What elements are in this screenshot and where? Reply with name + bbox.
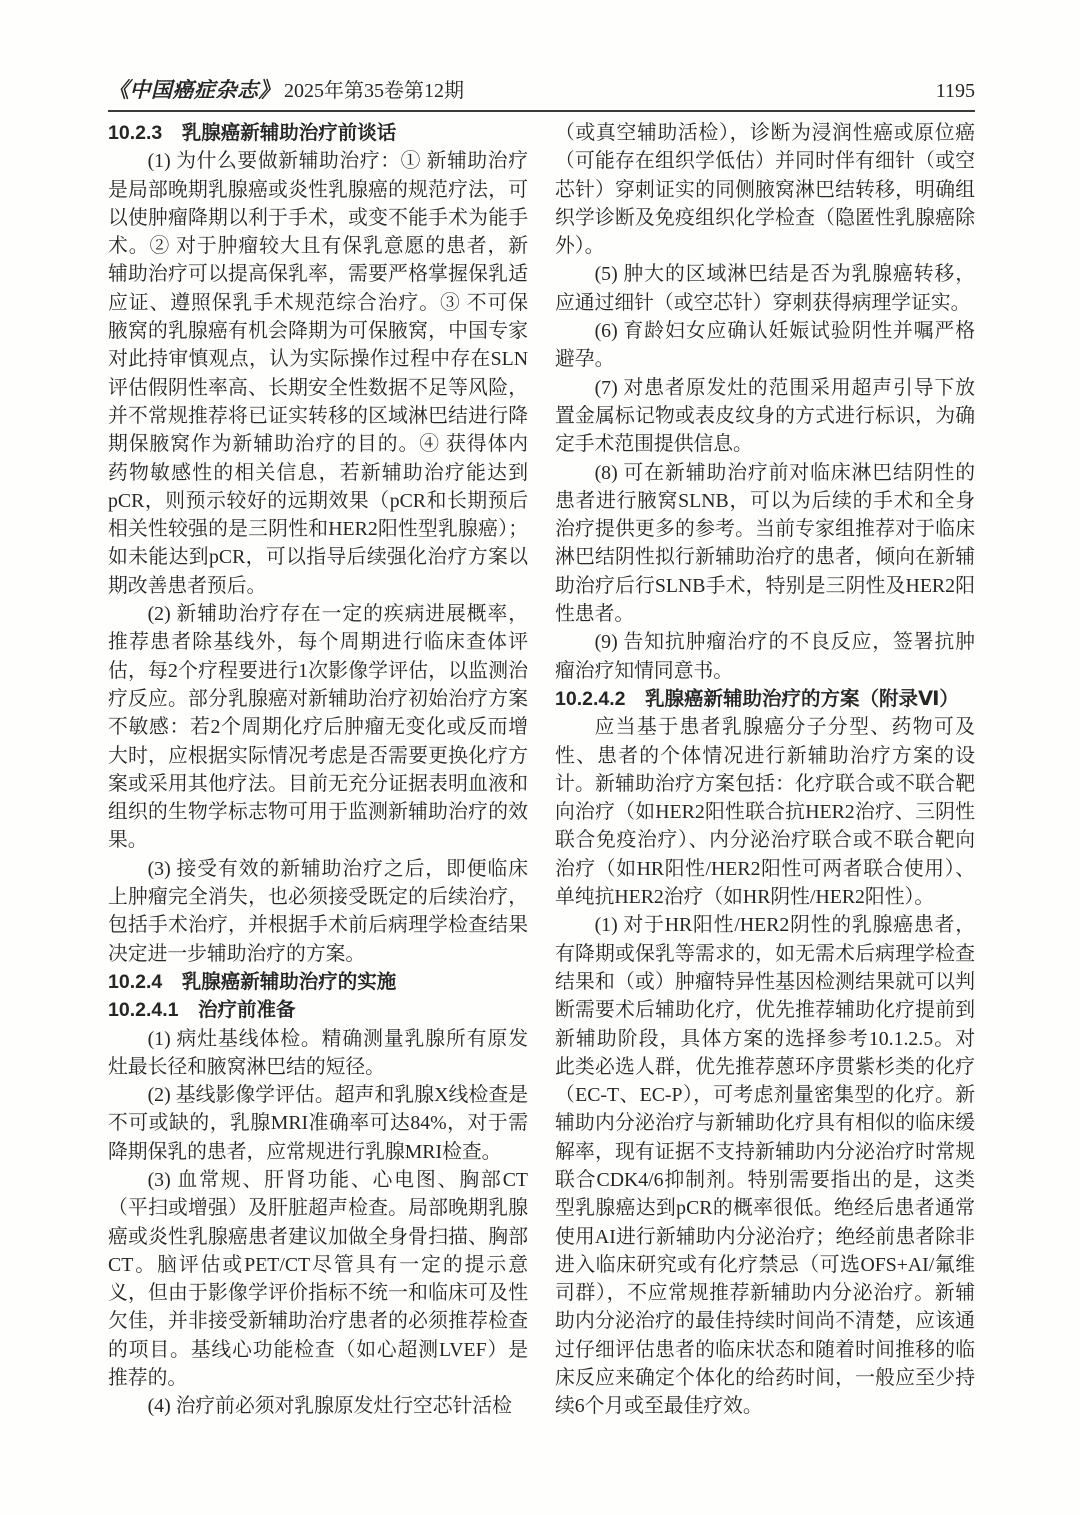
paragraph: (9) 告知抗肿瘤治疗的不良反应，签署抗肿瘤治疗知情同意书。	[555, 628, 975, 685]
left-column: 10.2.3 乳腺癌新辅助治疗前谈话(1) 为什么要做新辅助治疗：① 新辅助治疗…	[108, 119, 528, 1421]
journal-page: 《中国癌症杂志》 2025年第35卷第12期 1195 10.2.3 乳腺癌新辅…	[0, 0, 1080, 1515]
paragraph: (1) 病灶基线体检。精确测量乳腺所有原发灶最长径和腋窝淋巴结的短径。	[108, 1025, 528, 1082]
paragraph: (3) 血常规、肝肾功能、心电图、胸部CT（平扫或增强）及肝脏超声检查。局部晚期…	[108, 1166, 528, 1392]
section-heading: 10.2.3 乳腺癌新辅助治疗前谈话	[108, 119, 528, 147]
page-header: 《中国癌症杂志》 2025年第35卷第12期 1195	[108, 78, 975, 103]
paragraph: (4) 治疗前必须对乳腺原发灶行空芯针活检	[108, 1392, 528, 1420]
header-rule	[108, 110, 975, 112]
paragraph: (2) 新辅助治疗存在一定的疾病进展概率，推荐患者除基线外，每个周期进行临床查体…	[108, 600, 528, 855]
page-number: 1195	[936, 79, 975, 103]
right-column: （或真空辅助活检），诊断为浸润性癌或原位癌（可能存在组织学低估）并同时伴有细针（…	[555, 119, 975, 1421]
paragraph: (7) 对患者原发灶的范围采用超声引导下放置金属标记物或表皮纹身的方式进行标识，…	[555, 374, 975, 459]
paragraph: (6) 育龄妇女应确认妊娠试验阴性并嘱严格避孕。	[555, 317, 975, 374]
journal-logo: 《中国癌症杂志》	[108, 78, 280, 102]
section-heading: 10.2.4.2 乳腺癌新辅助治疗的方案（附录Ⅵ）	[555, 685, 975, 713]
section-heading: 10.2.4.1 治疗前准备	[108, 996, 528, 1024]
issue-info: 2025年第35卷第12期	[284, 79, 464, 103]
paragraph: (1) 对于HR阳性/HER2阴性的乳腺癌患者，有降期或保乳等需求的，如无需术后…	[555, 911, 975, 1420]
section-heading: 10.2.4 乳腺癌新辅助治疗的实施	[108, 968, 528, 996]
paragraph: 应当基于患者乳腺癌分子分型、药物可及性、患者的个体情况进行新辅助治疗方案的设计。…	[555, 713, 975, 911]
paragraph: (2) 基线影像学评估。超声和乳腺X线检查是不可或缺的，乳腺MRI准确率可达84…	[108, 1081, 528, 1166]
paragraph: (5) 肿大的区域淋巴结是否为乳腺癌转移，应通过细针（或空芯针）穿刺获得病理学证…	[555, 260, 975, 317]
paragraph: (3) 接受有效的新辅助治疗之后，即便临床上肿瘤完全消失，也必须接受既定的后续治…	[108, 855, 528, 968]
content-columns: 10.2.3 乳腺癌新辅助治疗前谈话(1) 为什么要做新辅助治疗：① 新辅助治疗…	[108, 119, 975, 1421]
paragraph: (1) 为什么要做新辅助治疗：① 新辅助治疗是局部晚期乳腺癌或炎性乳腺癌的规范疗…	[108, 147, 528, 600]
paragraph: （或真空辅助活检），诊断为浸润性癌或原位癌（可能存在组织学低估）并同时伴有细针（…	[555, 119, 975, 260]
paragraph: (8) 可在新辅助治疗前对临床淋巴结阴性的患者进行腋窝SLNB，可以为后续的手术…	[555, 459, 975, 629]
header-left: 《中国癌症杂志》 2025年第35卷第12期	[108, 78, 464, 103]
